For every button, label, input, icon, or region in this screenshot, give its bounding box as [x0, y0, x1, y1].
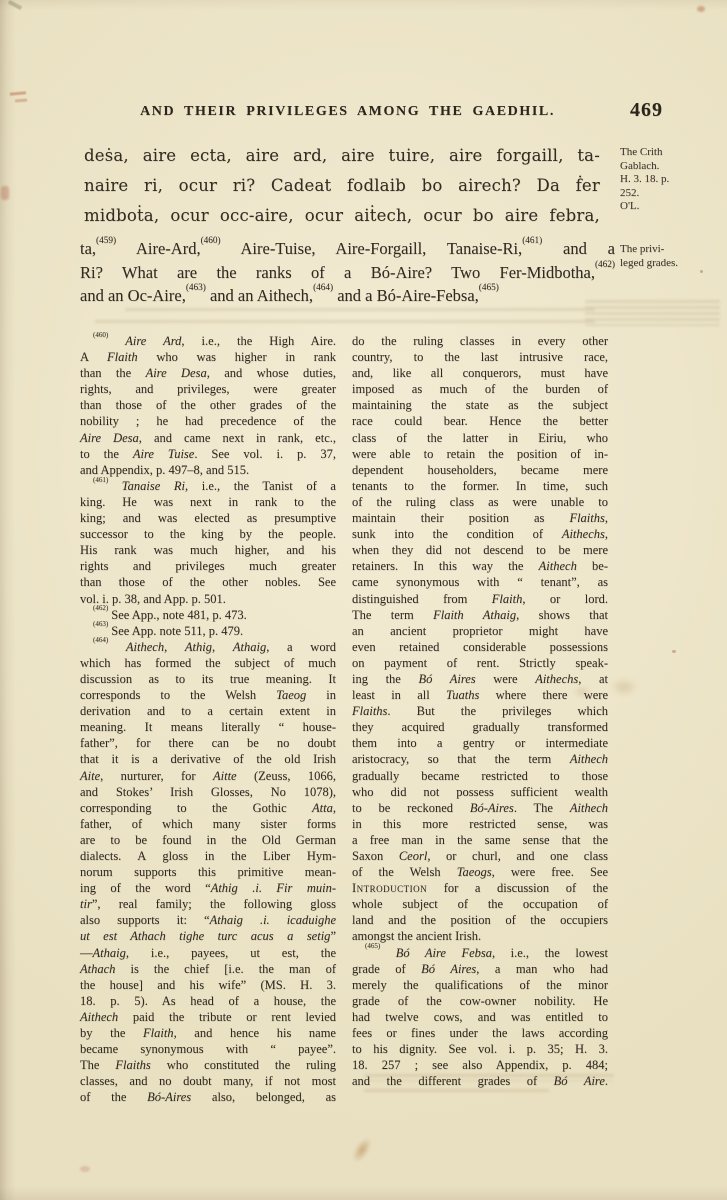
text-line: least in all Tuaths where there were	[352, 687, 608, 703]
text-line: discussion as to its true meaning. It	[80, 671, 336, 687]
text-line: of the Welsh Taeogs, were free. See	[352, 864, 608, 880]
text-line: became synonymous with “ payee”.	[80, 1041, 336, 1057]
text-line: and Appendix, p. 497–8, and 515.	[80, 462, 336, 478]
text-line: on payment of rent. Strictly speak-	[352, 655, 608, 671]
text-line: Gablach.	[620, 160, 714, 174]
page-header: AND THEIR PRIVILEGES AMONG THE GAEDHIL. …	[80, 99, 663, 125]
text-line: The privi-	[620, 243, 714, 257]
english-translation-block: ta,(459) Aire-Ard,(460) Aire-Tuise, Aire…	[80, 237, 615, 308]
text-line: The Crith	[620, 146, 714, 160]
text-line: grade of the cow-owner nobility. He	[352, 993, 608, 1009]
red-ink-mark	[15, 99, 27, 103]
text-line: than those of the other nobles. See	[80, 574, 336, 590]
ghost-text	[95, 320, 595, 326]
text-line: and the different grades of Bó Aire.	[352, 1073, 608, 1089]
text-line: the house] and his wife” (MS. H. 3.	[80, 977, 336, 993]
text-line: leged grades.	[620, 257, 714, 271]
text-line: of the Bó-Aires also, belonged, as	[80, 1089, 336, 1105]
text-line: (465) Bó Aire Febsa, i.e., the lowest	[352, 945, 608, 961]
ink-speck	[672, 650, 676, 653]
stain	[610, 678, 638, 696]
pencil-mark	[8, 0, 22, 10]
text-line: H. 3. 18. p.	[620, 173, 714, 187]
text-line: nobility ; he had precedence of the	[80, 413, 336, 429]
text-line: king. He was next in rank to the	[80, 494, 336, 510]
stain	[80, 1166, 90, 1172]
text-line: were able to retain the position of in-	[352, 446, 608, 462]
text-line: ing the Bó Aires were Aithechs, at	[352, 671, 608, 687]
text-line: came synonymous with “ tenant”, as	[352, 574, 608, 590]
text-line: king; and was elected as presumptive	[80, 510, 336, 526]
text-line: ing of the word “Athig .i. Fir muin-	[80, 880, 336, 896]
text-line: midboṫa, ocur occ-aire, ocur aiṫech, ocu…	[84, 201, 600, 231]
text-line: in this more restricted sense, was	[352, 816, 608, 832]
text-line: Aire Desa, and came next in rank, etc.,	[80, 430, 336, 446]
text-line: classes, and no doubt many, if not most	[80, 1073, 336, 1089]
text-line: Athach is the chief [i.e. the man of	[80, 961, 336, 977]
text-line: 18. 257 ; see also Appendix, p. 484;	[352, 1057, 608, 1073]
text-line: country, to the last intrusive race,	[352, 349, 608, 365]
text-line: Aithech paid the tribute or rent levied	[80, 1009, 336, 1025]
text-line: gradually became restricted to those	[352, 768, 608, 784]
text-line: retainers. In this way the Aithech be-	[352, 558, 608, 574]
text-line: to the Aire Tuise. See vol. i. p. 37,	[80, 446, 336, 462]
footnote-column-left: (460) Aire Ard, i.e., the High Aire.A Fl…	[80, 333, 336, 1106]
footnote-column-right: do the ruling classes in every othercoun…	[352, 333, 608, 1089]
text-line: vol. i. p. 38, and App. p. 501.	[80, 591, 336, 607]
text-line: ut est Athach tighe turc acus a setig”	[80, 928, 336, 944]
irish-text-block: deṡa, aire ecta, aire ard, aire tuire, a…	[84, 141, 600, 231]
text-line: even retained considerable possessions	[352, 639, 608, 655]
text-line: 252.	[620, 187, 714, 201]
text-line: than the Aire Desa, and whose duties,	[80, 365, 336, 381]
text-line: naire ri, ocur ri? Cadeat fodlaib bo air…	[84, 171, 600, 201]
text-line: race could bear. Hence the better	[352, 413, 608, 429]
text-line: a free man in the same sense that the	[352, 832, 608, 848]
text-line: successor to the king by the people.	[80, 526, 336, 542]
text-line: that it is a derivative of the old Irish	[80, 751, 336, 767]
text-line: norum supports this primitive mean-	[80, 864, 336, 880]
text-line: grade of Bó Aires, a man who had	[352, 961, 608, 977]
text-line: derivation and to a certain extent in	[80, 703, 336, 719]
text-line: His rank was much higher, and his	[80, 542, 336, 558]
text-line: (461) Tanaise Ri, i.e., the Tanist of a	[80, 478, 336, 494]
text-line: corresponding to the Gothic Atta,	[80, 800, 336, 816]
text-line: (464) Aithech, Athig, Athaig, a word	[80, 639, 336, 655]
text-line: merely the qualifications of the minor	[352, 977, 608, 993]
text-line: by the Flaith, and hence his name	[80, 1025, 336, 1041]
text-line: Ri? What are the ranks of a Bó-Aire? Two…	[80, 261, 615, 285]
text-line: The Flaiths who constituted the ruling	[80, 1057, 336, 1073]
text-line: corresponds to the Welsh Taeog in	[80, 687, 336, 703]
text-line: also supports it: “Athaig .i. icaduighe	[80, 912, 336, 928]
ghost-text	[364, 1089, 549, 1095]
text-line: Saxon Ceorl, or churl, and one class	[352, 848, 608, 864]
text-line: father”, for there can be no doubt	[80, 735, 336, 751]
text-line: to be reckoned Bó-Aires. The Aithech	[352, 800, 608, 816]
text-line: (462) See App., note 481, p. 473.	[80, 607, 336, 623]
text-line: ta,(459) Aire-Ard,(460) Aire-Tuise, Aire…	[80, 237, 615, 261]
stain	[349, 1134, 376, 1165]
text-line: than those of the other grades of the	[80, 397, 336, 413]
text-line: rights and privileges much greater	[80, 558, 336, 574]
text-line: imposed as much of the burden of	[352, 381, 608, 397]
text-line: them into a gentry or intermediate	[352, 735, 608, 751]
text-line: amongst the ancient Irish.	[352, 928, 608, 944]
text-line: meaning. It means literally “ house-	[80, 719, 336, 735]
text-line: whole subject of the occupation of	[352, 896, 608, 912]
text-line: O'L.	[620, 200, 714, 214]
running-title: AND THEIR PRIVILEGES AMONG THE GAEDHIL.	[80, 104, 615, 120]
text-line: they acquired gradually transformed	[352, 719, 608, 735]
text-line: distinguished from Flaith, or lord.	[352, 591, 608, 607]
text-line: had twelve cows, and was entitled to	[352, 1009, 608, 1025]
ink-speck	[700, 270, 703, 273]
margin-note-source: The CrithGablach.H. 3. 18. p.252.O'L.	[620, 146, 714, 214]
text-line: (460) Aire Ard, i.e., the High Aire.	[80, 333, 336, 349]
text-line: to his dignity. See vol. i. p. 35; H. 3.	[352, 1041, 608, 1057]
text-line: Aite, nurturer, for Aitte (Zeuss, 1066,	[80, 768, 336, 784]
text-line: tir”, real family; the following gloss	[80, 896, 336, 912]
text-line: rights, and privileges, were greater	[80, 381, 336, 397]
text-line: and an Oc-Aire,(463) and an Aithech,(464…	[80, 284, 615, 308]
text-line: an ancient proprietor might have	[352, 623, 608, 639]
text-line: deṡa, aire ecta, aire ard, aire tuire, a…	[84, 141, 600, 171]
text-line: and Stokes’ Irish Glosses, No 1078),	[80, 784, 336, 800]
text-line: fees or fines under the laws according	[352, 1025, 608, 1041]
text-line: tenants to the former. In time, such	[352, 478, 608, 494]
page-number: 469	[630, 99, 663, 122]
text-line: The term Flaith Athaig, shows that	[352, 607, 608, 623]
text-line: Introduction for a discussion of the	[352, 880, 608, 896]
red-ink-mark	[1, 186, 9, 200]
text-line: who did not possess sufficient wealth	[352, 784, 608, 800]
text-line: aristocracy, so that the term Aithech	[352, 751, 608, 767]
text-line: class of the latter in Eiriu, who	[352, 430, 608, 446]
red-ink-mark	[10, 91, 26, 95]
text-line: dependent householders, became mere	[352, 462, 608, 478]
text-line: land and the position of the occupiers	[352, 912, 608, 928]
text-line: —Athaig, i.e., payees, ut est, the	[80, 945, 336, 961]
text-line: maintaining the state as the subject	[352, 397, 608, 413]
text-line: A Flaith who was higher in rank	[80, 349, 336, 365]
margin-note-privileged-grades: The privi-leged grades.	[620, 243, 714, 270]
text-line: dialects. A gloss in the Liber Hym-	[80, 848, 336, 864]
text-line: are to be found in the Old German	[80, 832, 336, 848]
text-line: 18. p. 5). As head of a house, the	[80, 993, 336, 1009]
text-line: do the ruling classes in every other	[352, 333, 608, 349]
text-line: of the ruling class as were unable to	[352, 494, 608, 510]
ghost-text	[125, 308, 595, 314]
text-line: which has formed the subject of much	[80, 655, 336, 671]
text-line: when they did not descend to be mere	[352, 542, 608, 558]
book-page: AND THEIR PRIVILEGES AMONG THE GAEDHIL. …	[0, 0, 727, 1200]
text-line: sunk into the condition of Aithechs,	[352, 526, 608, 542]
text-line: Flaiths. But the privileges which	[352, 703, 608, 719]
text-line: (463) See App. note 511, p. 479.	[80, 623, 336, 639]
ink-speck	[697, 6, 705, 12]
text-line: and, like all conquerors, must have	[352, 365, 608, 381]
text-line: maintain their position as Flaiths,	[352, 510, 608, 526]
text-line: father, of which many sister forms	[80, 816, 336, 832]
